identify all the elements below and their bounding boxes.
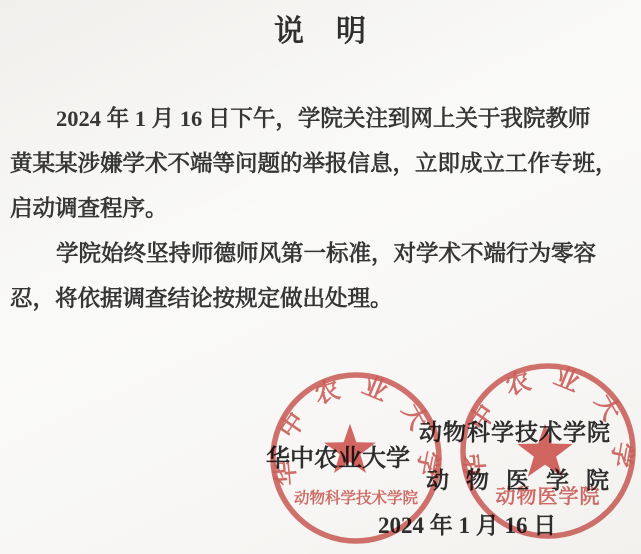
seal-arc-text: 华中农业大学 [269, 370, 443, 495]
signature-block: 动物科学技术学院 华中农业大学 动物医学院 2024 年 1 月 16 日 华中… [0, 0, 641, 554]
signature-college-medicine: 动物医学院 [426, 462, 626, 495]
signature-date: 2024 年 1 月 16 日 [378, 507, 556, 540]
signature-college-science: 动物科学技术学院 [419, 414, 611, 447]
seal-bottom-text: 动物科学技术学院 [294, 488, 419, 507]
svg-text:华中农业大学: 华中农业大学 [269, 370, 443, 495]
statement-document: 说 明 2024 年 1 月 16 日下午，学院关注到网上关于我院教师 黄某某涉… [0, 0, 641, 554]
signature-university: 华中农业大学 [266, 438, 410, 473]
